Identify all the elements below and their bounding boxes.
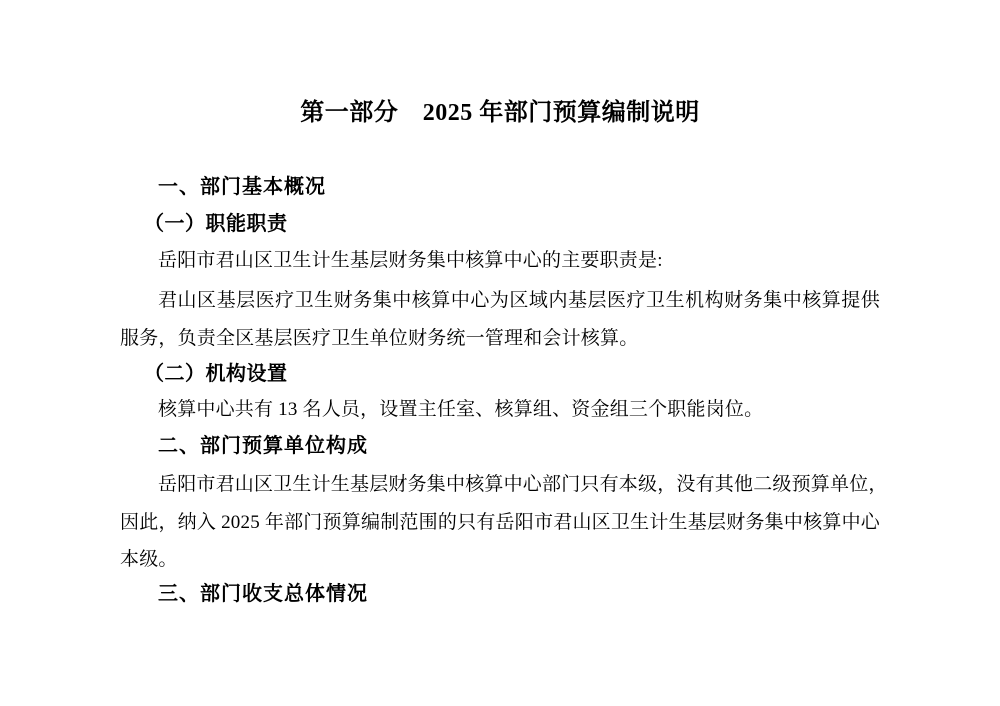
section-2-heading: 二、部门预算单位构成 [120, 433, 880, 460]
section-1-subheading-2: （二）机构设置 [120, 361, 880, 388]
section-1-paragraph-3: 核算中心共有 13 名人员，设置主任室、核算组、资金组三个职能岗位。 [120, 396, 880, 423]
section-1-paragraph-2-line-2: 服务，负责全区基层医疗卫生单位财务统一管理和会计核算。 [120, 325, 880, 352]
document-title: 第一部分 2025 年部门预算编制说明 [0, 97, 1000, 129]
section-1-subheading-1: （一）职能职责 [120, 211, 880, 238]
document-page: 第一部分 2025 年部门预算编制说明 一、部门基本概况 （一）职能职责 岳阳市… [0, 0, 1000, 706]
section-3-heading: 三、部门收支总体情况 [120, 581, 880, 608]
section-2-paragraph-1-line-1: 岳阳市君山区卫生计生基层财务集中核算中心部门只有本级，没有其他二级预算单位， [120, 471, 880, 498]
section-1-heading: 一、部门基本概况 [120, 174, 880, 201]
section-2-paragraph-1-line-3: 本级。 [120, 546, 880, 573]
section-1-paragraph-1: 岳阳市君山区卫生计生基层财务集中核算中心的主要职责是: [120, 247, 880, 274]
section-1-paragraph-2-line-1: 君山区基层医疗卫生财务集中核算中心为区域内基层医疗卫生机构财务集中核算提供 [120, 287, 880, 314]
section-2-paragraph-1-line-2: 因此，纳入 2025 年部门预算编制范围的只有岳阳市君山区卫生计生基层财务集中核… [120, 509, 880, 536]
